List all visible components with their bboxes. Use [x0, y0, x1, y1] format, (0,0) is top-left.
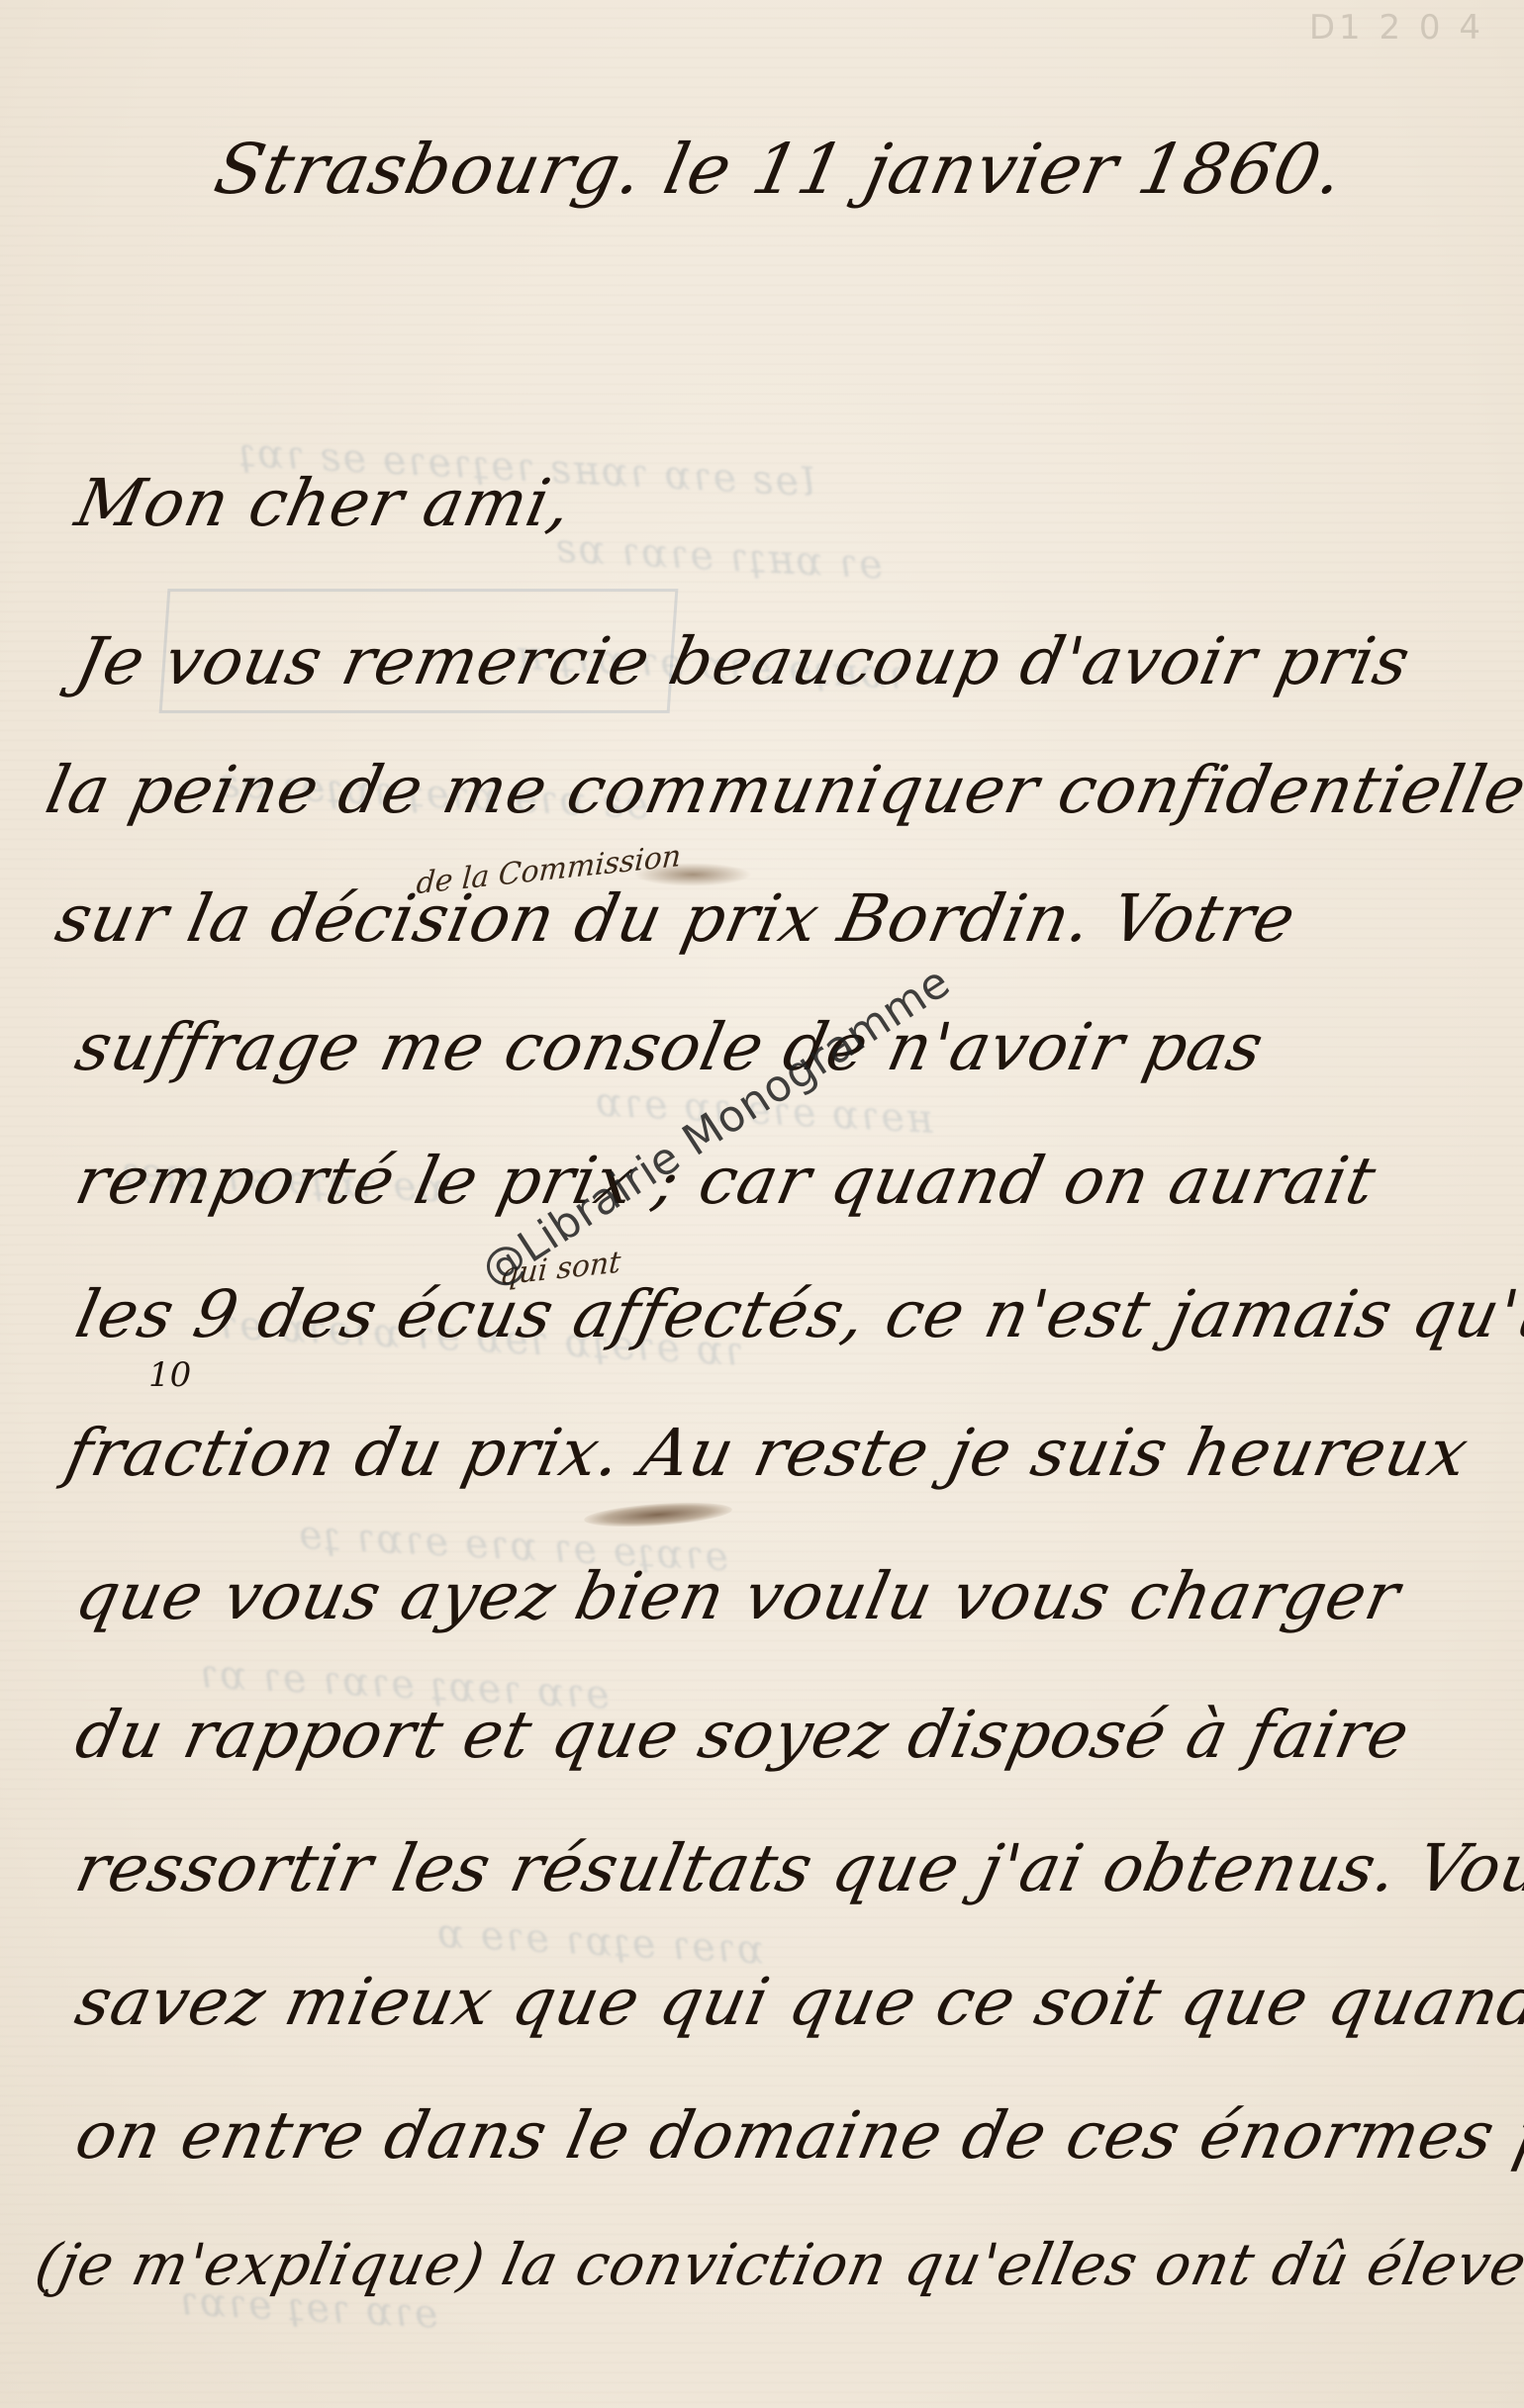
- pencil-catalog-note: D1 2 0 4: [1309, 8, 1484, 47]
- letter-body-line: (je m'explique) la conviction qu'elles o…: [30, 2231, 1524, 2298]
- letter-body-line: suffrage me console de n'avoir pas: [69, 1009, 1271, 1085]
- letter-body-line: savez mieux que qui que ce soit que quan…: [69, 1964, 1524, 2040]
- ink-smudge: [633, 863, 752, 886]
- letter-body-line: que vous ayez bien voulu vous charger: [69, 1558, 1407, 1634]
- letter-place-date: Strasbourg. le 11 janvier 1860.: [208, 129, 1352, 210]
- letter-body-line: fraction du prix. Au reste je suis heure…: [59, 1415, 1476, 1491]
- letter-body-line: la peine de me communiquer confidentiell…: [40, 752, 1524, 828]
- letter-body-line: remporté le prix ; car quand on aurait: [69, 1143, 1382, 1219]
- letter-body-line: Je vous remercie beaucoup d'avoir pris: [69, 623, 1417, 699]
- fraction-denominator: 10: [148, 1355, 191, 1395]
- letter-body-line: les 9 des écus affectés, ce n'est jamais…: [69, 1276, 1524, 1352]
- letter-body-line: du rapport et que soyez disposé à faire: [69, 1697, 1416, 1773]
- letter-body-line: ressortir les résultats que j'ai obtenus…: [69, 1830, 1524, 1906]
- letter-body-line: sur la décision du prix Bordin. Votre: [49, 880, 1302, 957]
- letter-salutation: Mon cher ami,: [69, 465, 579, 541]
- letter-body-line: on entre dans le domaine de ces énormes …: [69, 2097, 1524, 2174]
